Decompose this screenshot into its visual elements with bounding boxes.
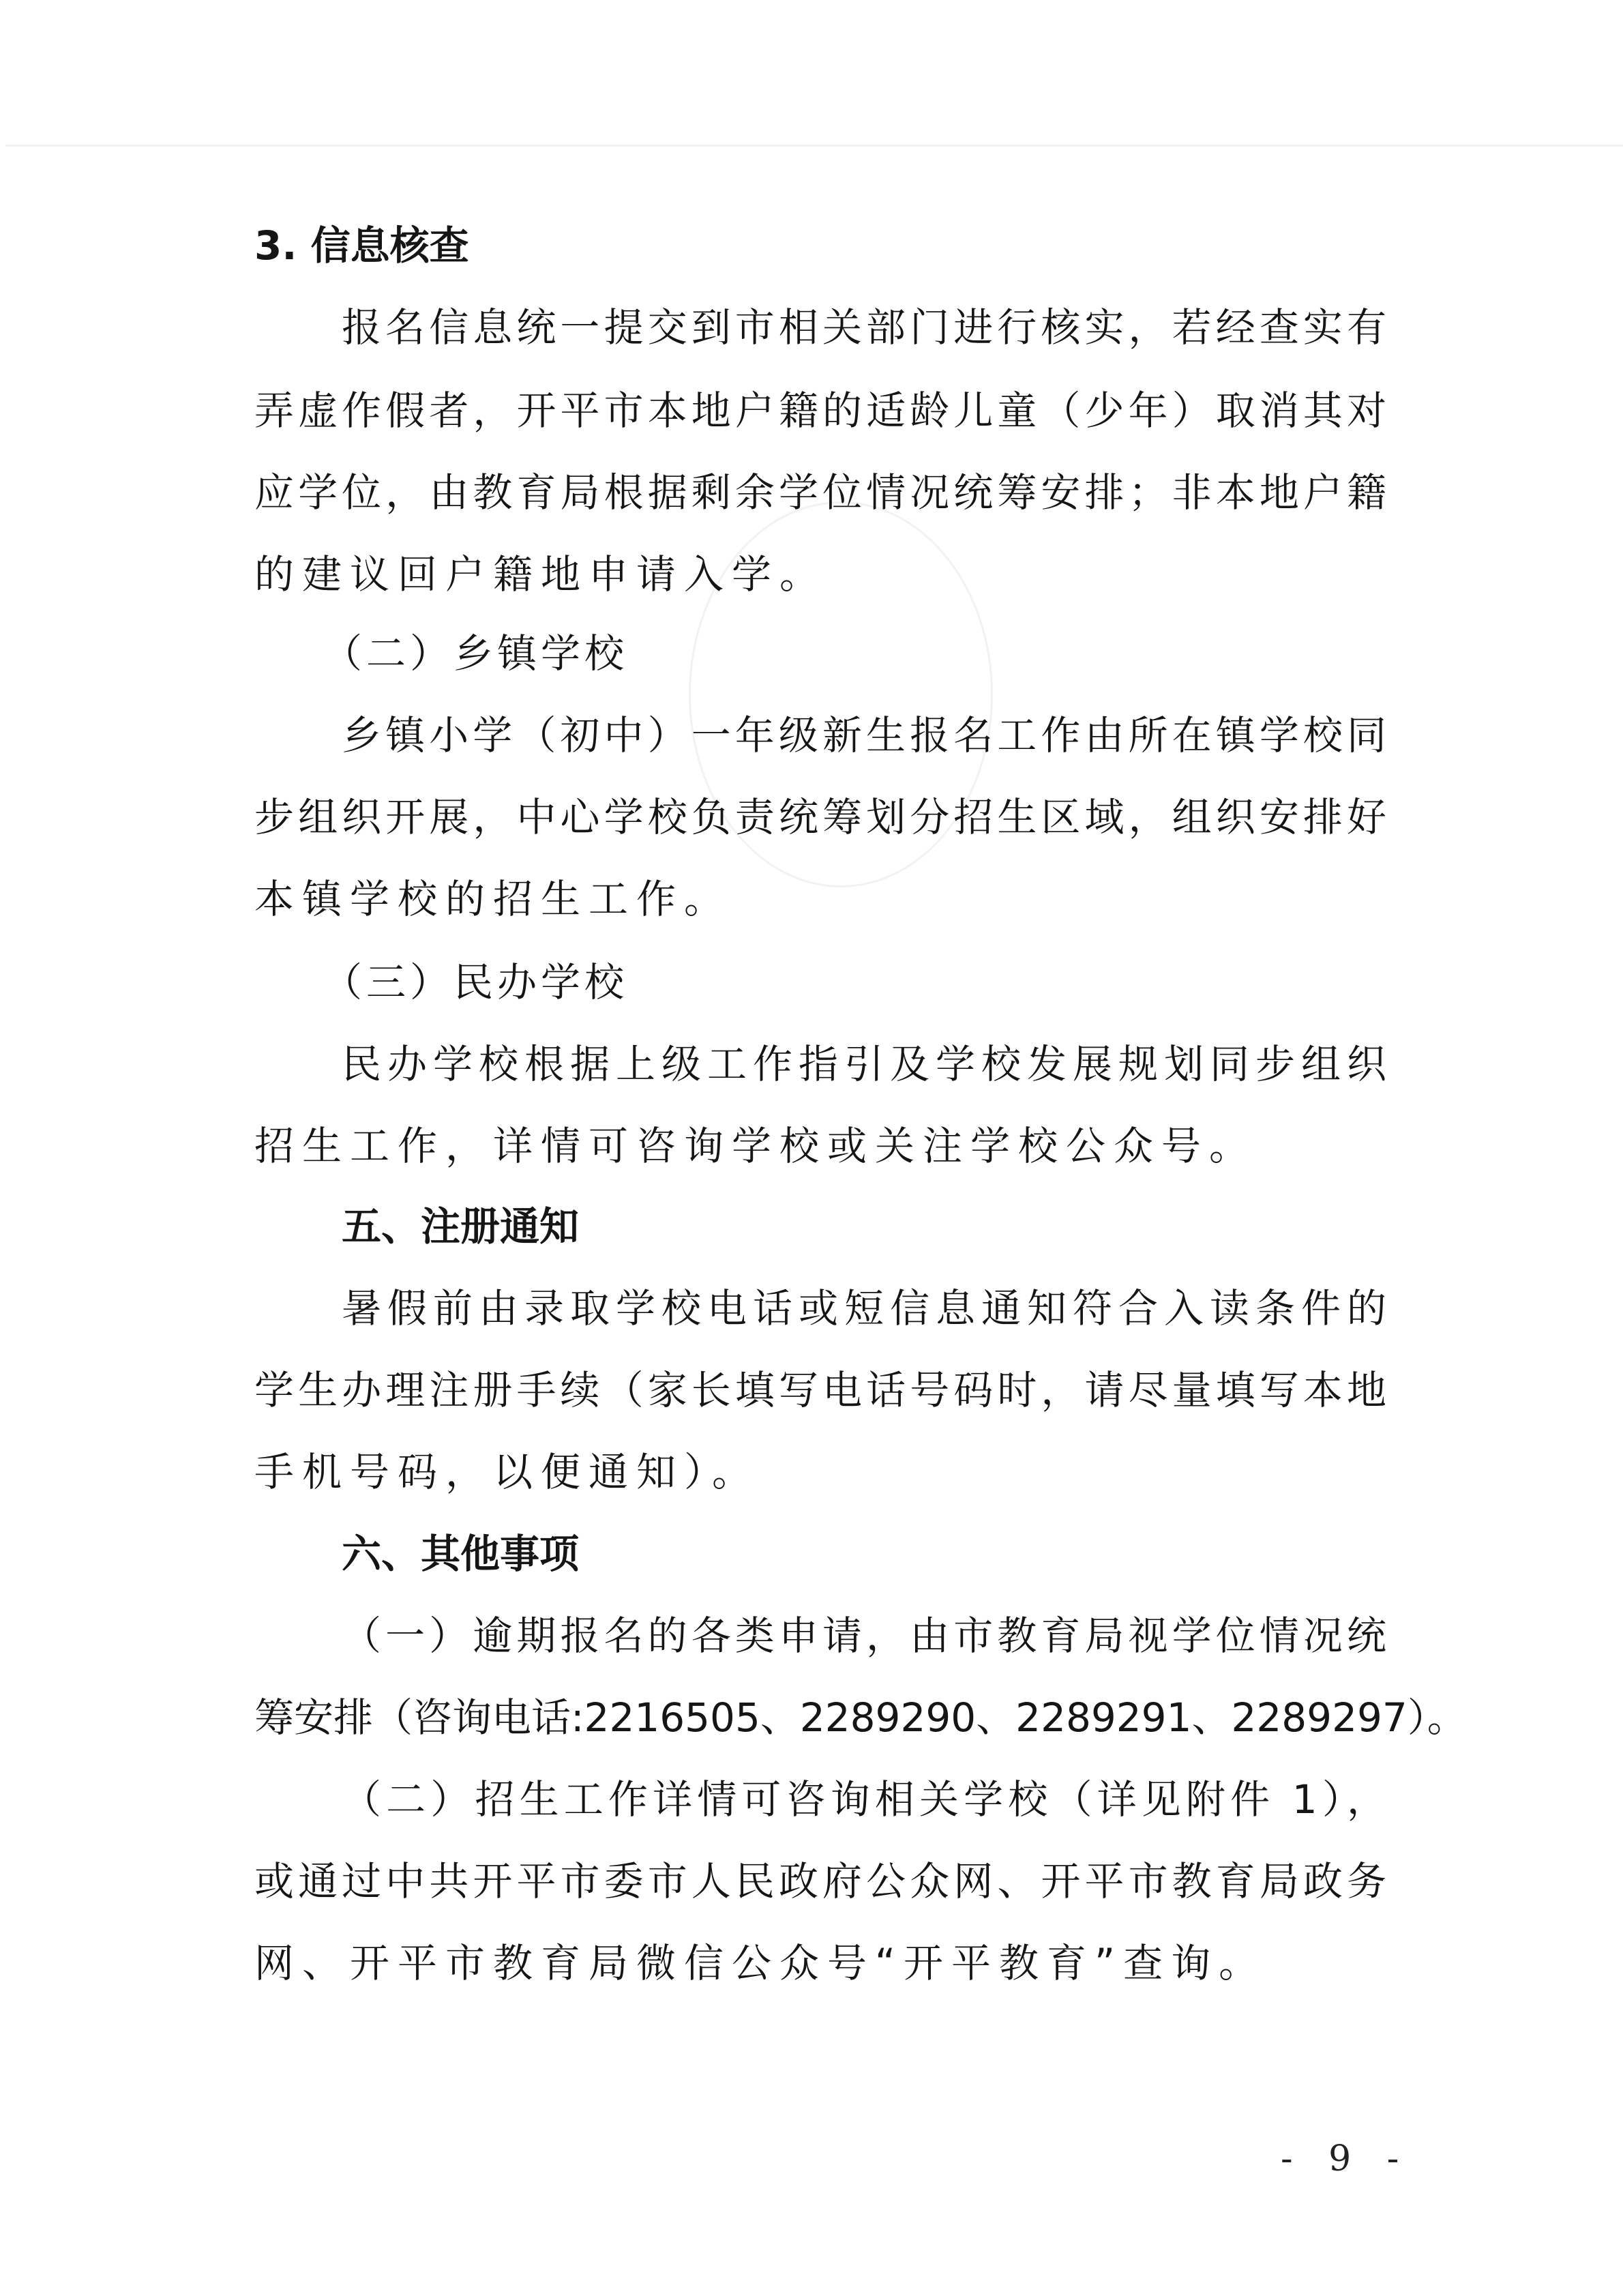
paragraph-line: 乡镇小学（初中）一年级新生报名工作由所在镇学校同: [342, 708, 1386, 763]
paragraph-line: 学生办理注册手续（家长填写电话号码时，请尽量填写本地: [254, 1363, 1386, 1417]
section-heading-info-check: 3. 信息核查: [254, 218, 1386, 273]
sub-heading-private-schools: （三）民办学校: [323, 955, 1455, 1010]
page-number: - 9 -: [1281, 2138, 1411, 2179]
paragraph-line: （二）招生工作详情可咨询相关学校（详见附件 1），: [342, 1772, 1386, 1827]
paragraph-line: 弄虚作假者，开平市本地户籍的适龄儿童（少年）取消其对: [254, 383, 1386, 438]
paragraph-line: 本镇学校的招生工作。: [254, 872, 1386, 926]
paragraph-line: 的建议回户籍地申请入学。: [254, 547, 1386, 602]
paragraph-line: 招生工作，详情可咨询学校或关注学校公众号。: [254, 1119, 1386, 1173]
paragraph-line: 网、开平市教育局微信公众号“开平教育”查询。: [254, 1936, 1386, 1990]
paragraph-line: 或通过中共开平市委市人民政府公众网、开平市教育局政务: [254, 1854, 1386, 1909]
sub-heading-township-schools: （二）乡镇学校: [323, 626, 1455, 681]
paragraph-line: 报名信息统一提交到市相关部门进行核实，若经查实有: [342, 300, 1386, 355]
section-heading-other-matters: 六、其他事项: [342, 1527, 1474, 1581]
paragraph-line: 手机号码，以便通知）。: [254, 1445, 1386, 1499]
paragraph-line: 暑假前由录取学校电话或短信息通知符合入读条件的: [342, 1281, 1386, 1336]
paragraph-line: 民办学校根据上级工作指引及学校发展规划同步组织: [342, 1037, 1386, 1091]
paragraph-line-contact-phones: 筹安排（咨询电话:2216505、2289290、2289291、2289297…: [254, 1690, 1386, 1745]
paragraph-line: 应学位，由教育局根据剩余学位情况统筹安排；非本地户籍: [254, 465, 1386, 520]
paragraph-line: 步组织开展，中心学校负责统筹划分招生区域，组织安排好: [254, 790, 1386, 844]
page-top-edge: [5, 145, 1623, 147]
section-heading-registration-notice: 五、注册通知: [342, 1199, 1474, 1254]
paragraph-line: （一）逾期报名的各类申请，由市教育局视学位情况统: [342, 1608, 1386, 1663]
